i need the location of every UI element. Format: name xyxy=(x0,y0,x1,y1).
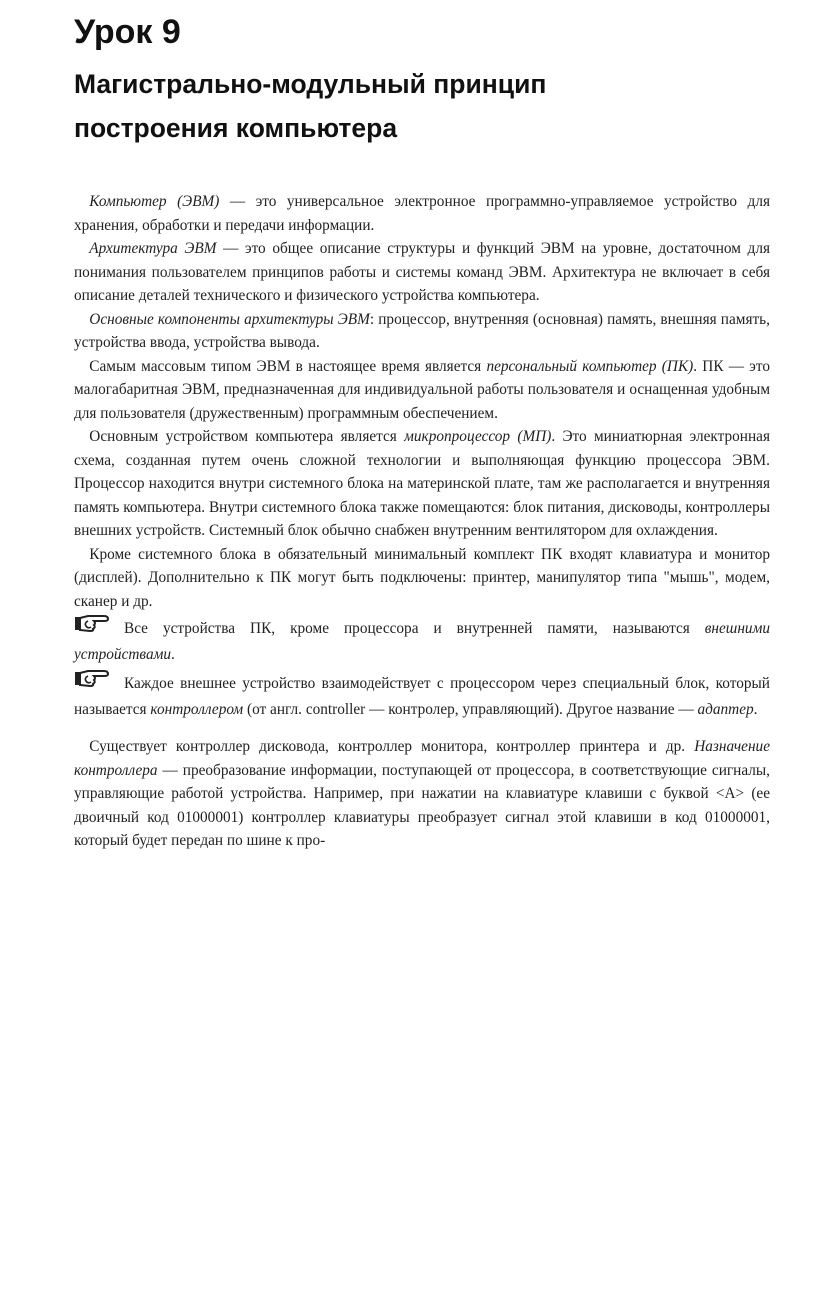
document-page: Урок 9 Магистрально-модульный принцип по… xyxy=(74,0,770,853)
term: Архитектура ЭВМ xyxy=(89,240,216,257)
lesson-title: Магистрально-модульный принцип построени… xyxy=(74,62,770,150)
paragraph-microprocessor: Основным устройством компьютера является… xyxy=(74,425,770,543)
paragraph-architecture-definition: Архитектура ЭВМ — это общее описание стр… xyxy=(74,237,770,308)
paragraph-computer-definition: Компьютер (ЭВМ) — это универсальное элек… xyxy=(74,190,770,237)
term: контроллером xyxy=(150,701,243,718)
lesson-title-line2: построения компьютера xyxy=(74,113,397,143)
term: Основные компоненты архитектуры ЭВМ xyxy=(89,311,370,328)
paragraph-pc: Самым массовым типом ЭВМ в настоящее вре… xyxy=(74,355,770,426)
term: Компьютер (ЭВМ) xyxy=(89,193,219,210)
term: адаптер xyxy=(698,701,754,718)
pointing-hand-icon xyxy=(74,668,112,690)
lesson-body: Компьютер (ЭВМ) — это универсальное элек… xyxy=(74,190,770,853)
paragraph-minimal-kit: Кроме системного блока в обязательный ми… xyxy=(74,543,770,614)
note-controller: Каждое внешнее устройство взаимодействуе… xyxy=(74,668,770,723)
lesson-number: Урок 9 xyxy=(74,12,770,52)
pointing-hand-icon xyxy=(74,613,112,635)
term: микропроцессор (МП) xyxy=(404,428,551,445)
note-external-devices: Все устройства ПК, кроме процессора и вн… xyxy=(74,613,770,668)
lesson-title-line1: Магистрально-модульный принцип xyxy=(74,69,546,99)
paragraph-components: Основные компоненты архитектуры ЭВМ: про… xyxy=(74,308,770,355)
paragraph-controller-purpose: Существует контроллер дисковода, контрол… xyxy=(74,735,770,853)
term: персональный компьютер (ПК) xyxy=(486,358,693,375)
